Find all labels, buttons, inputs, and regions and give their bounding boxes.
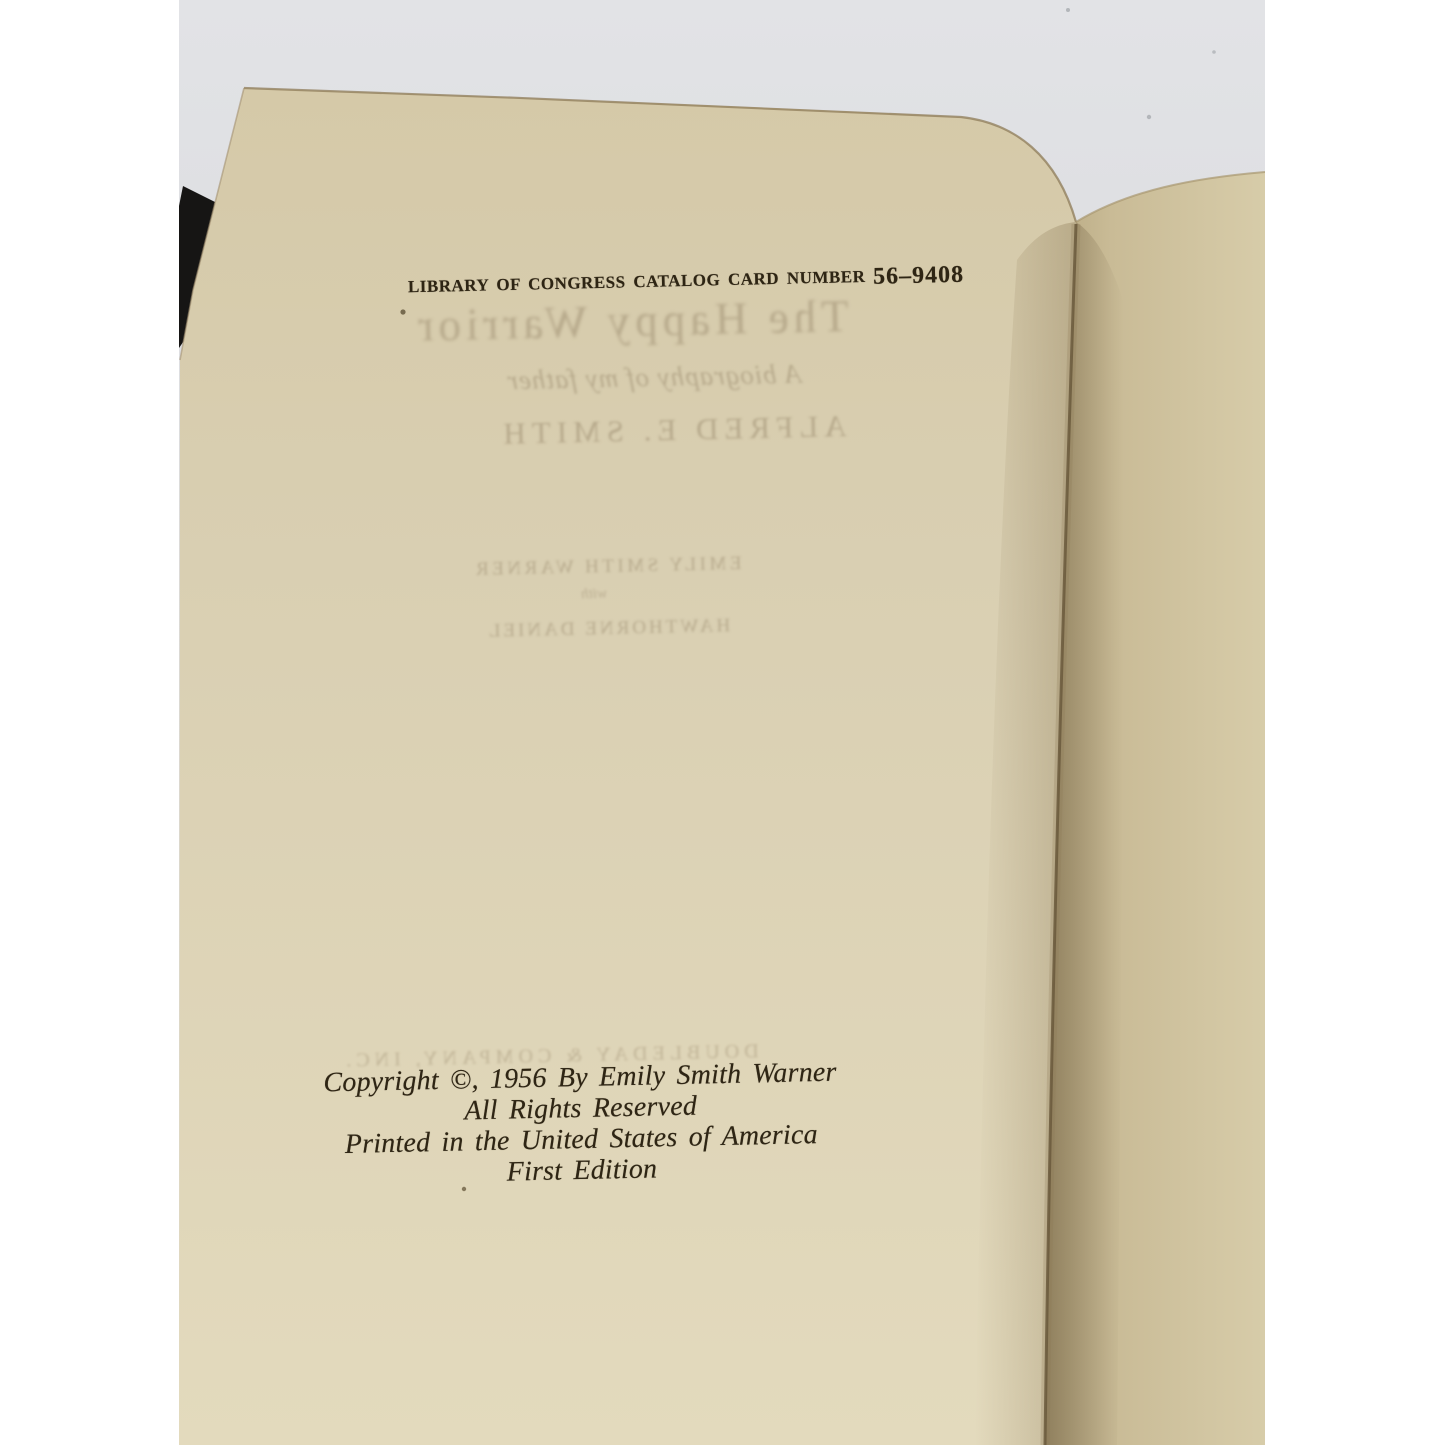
open-book-illustration bbox=[179, 0, 1265, 1445]
loc-catalog-number: 56–9408 bbox=[873, 262, 965, 290]
showthrough-with: with bbox=[581, 586, 607, 604]
book-photo: LIBRARY OF CONGRESS CATALOG CARD NUMBER … bbox=[179, 0, 1265, 1445]
copyright-block: Copyright ©, 1956 By Emily Smith Warner … bbox=[323, 1057, 839, 1192]
page-speck bbox=[400, 309, 405, 314]
showthrough-book-title: The Happy Warrior bbox=[413, 290, 849, 352]
dust-speck bbox=[1147, 115, 1151, 119]
dust-speck bbox=[1066, 8, 1070, 12]
dust-speck bbox=[1212, 50, 1216, 54]
